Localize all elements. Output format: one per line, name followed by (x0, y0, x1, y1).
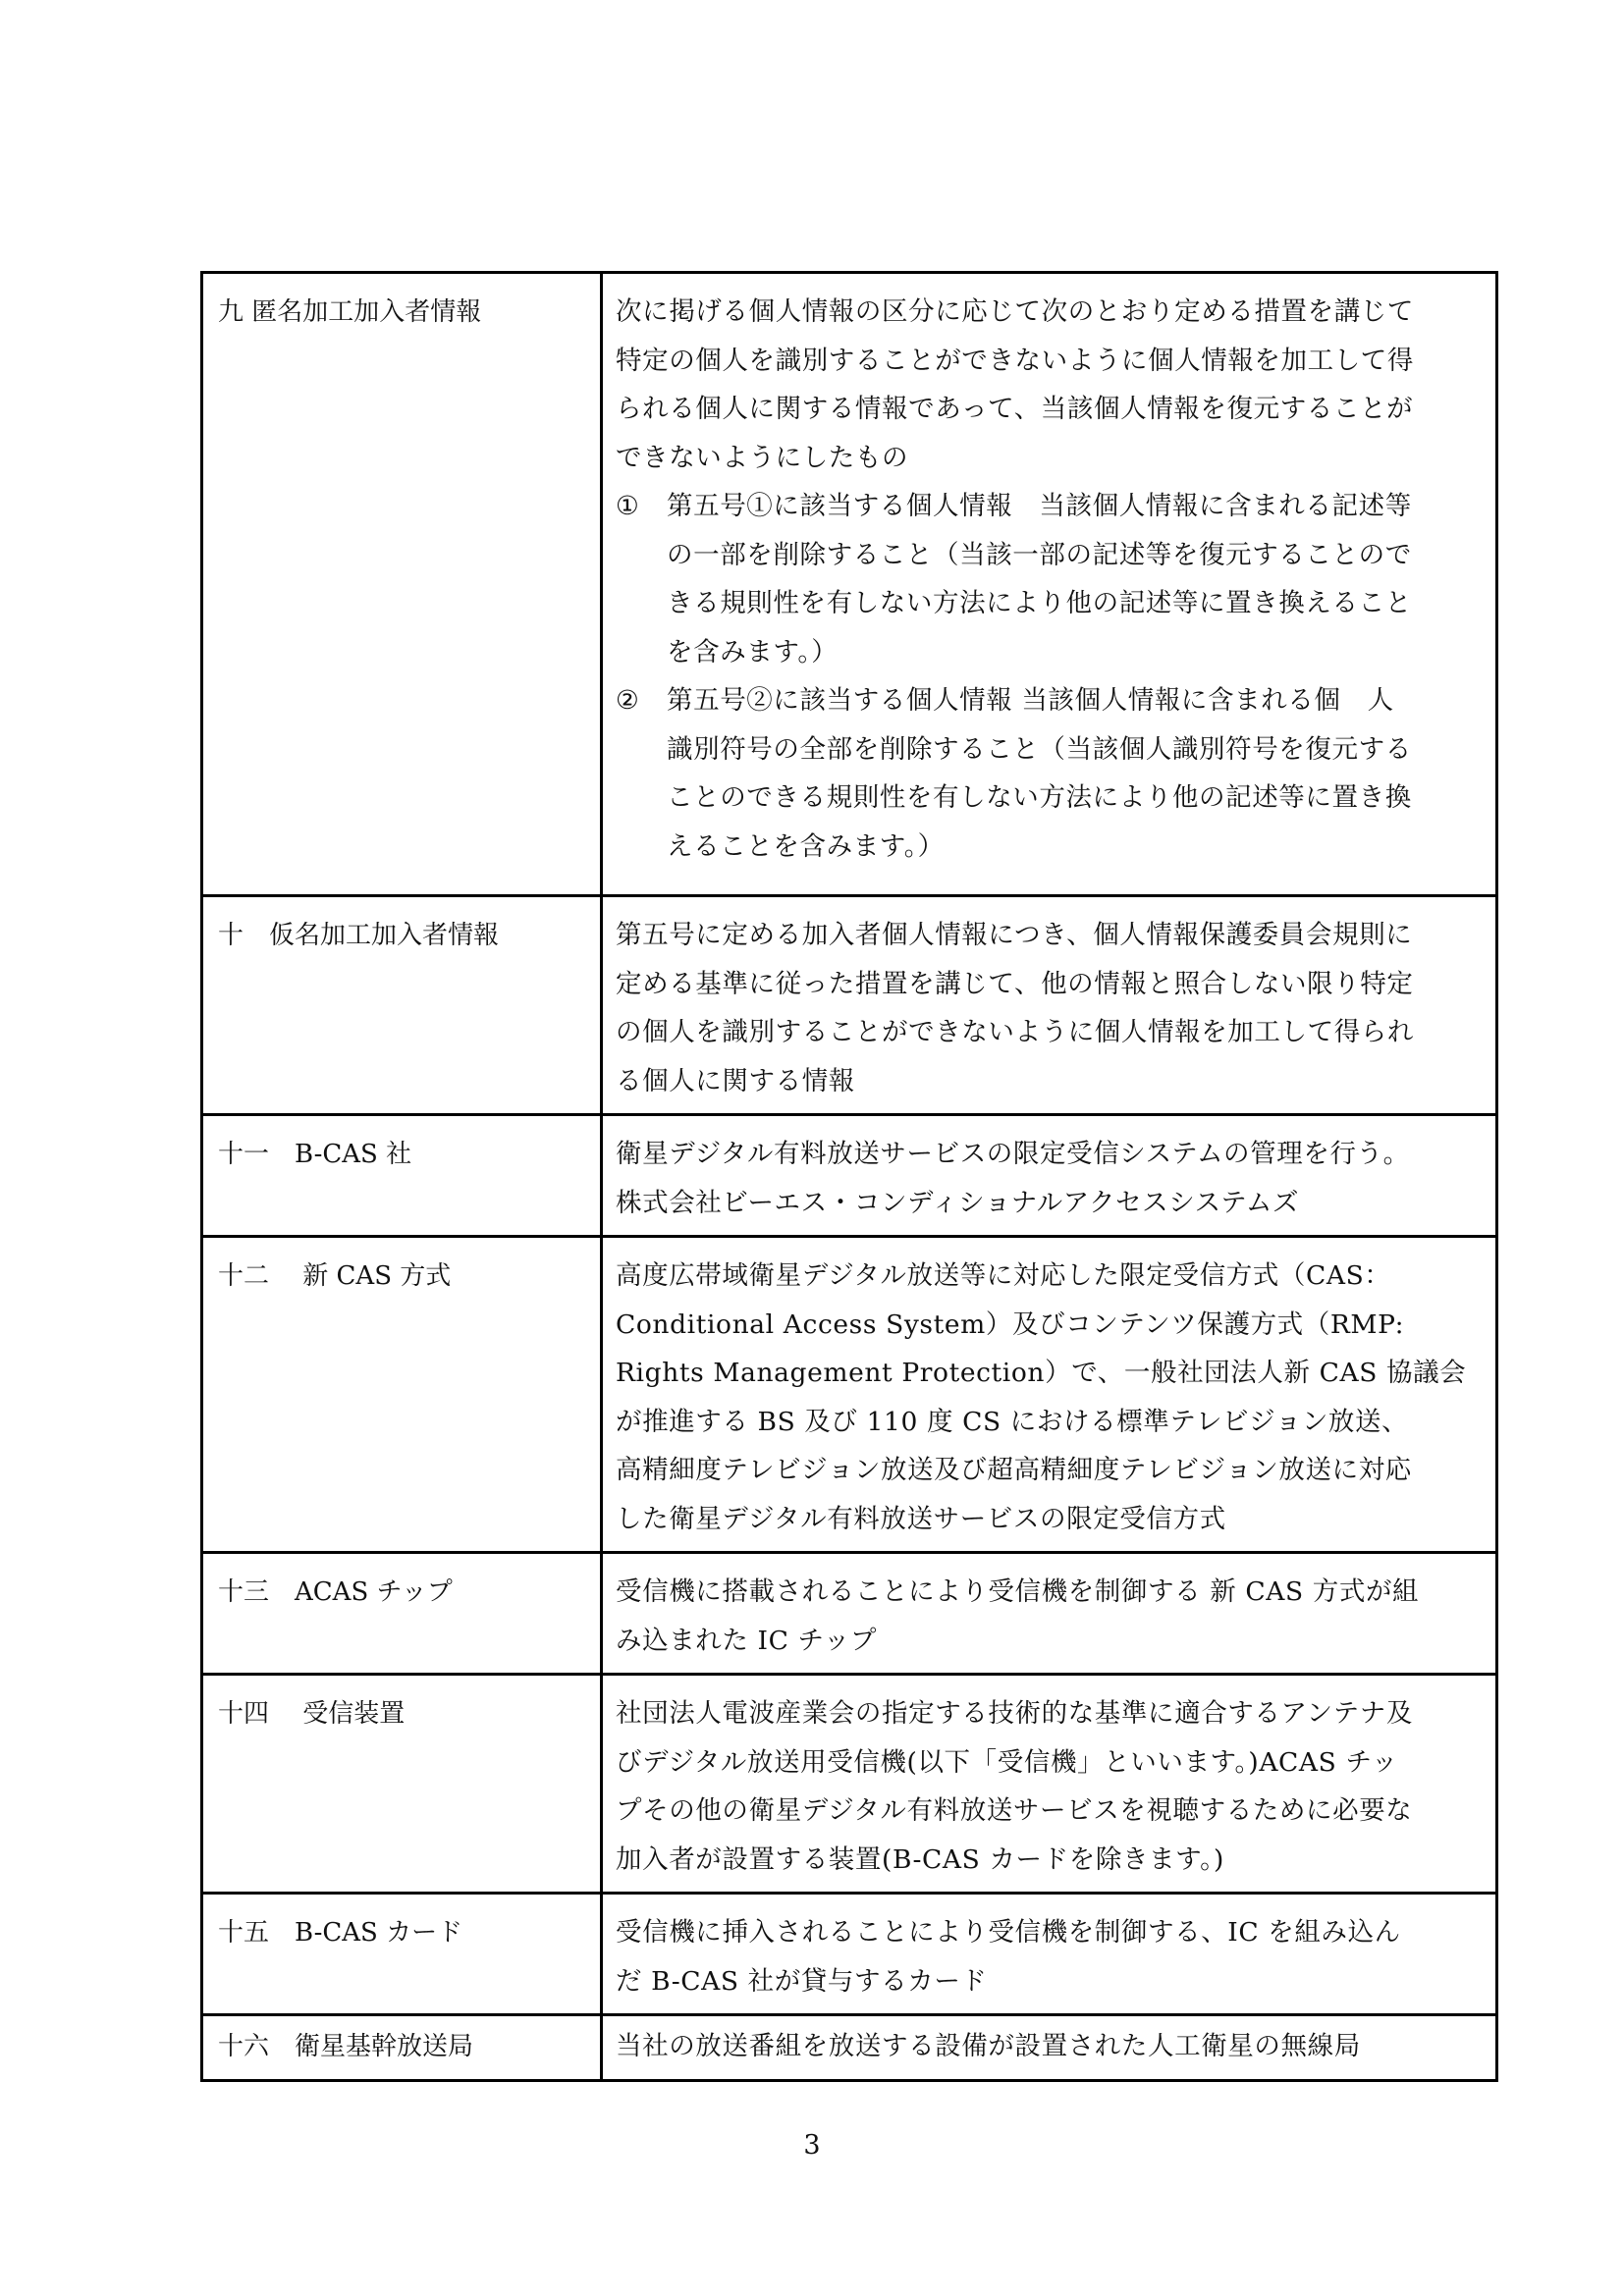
list-item-line: 第五号②に該当する個人情報 当該個人情報に含まれる個 人 (616, 676, 1486, 725)
term-label: 十四 受信装置 (203, 1676, 600, 1738)
term-label: 十三 ACAS チップ (203, 1554, 600, 1617)
description-cell: 受信機に挿入されることにより受信機を制御する、IC を組み込ん だ B-CAS … (602, 1894, 1497, 2015)
term-cell: 十一 B-CAS 社 (202, 1115, 602, 1237)
term-cell: 十三 ACAS チップ (202, 1553, 602, 1675)
description-cell: 受信機に搭載されることにより受信機を制御する 新 CAS 方式が組 み込まれた … (602, 1553, 1497, 1675)
description-line: 第五号に定める加入者個人情報につき、個人情報保護委員会規則に (616, 911, 1486, 960)
description-line: が推進する BS 及び 110 度 CS における標準テレビジョン放送、 (616, 1398, 1486, 1447)
description-cell: 高度広帯域衛星デジタル放送等に対応した限定受信方式（CAS： Condition… (602, 1237, 1497, 1553)
list-item-line: 識別符号の全部を削除すること（当該個人識別符号を復元する (616, 725, 1486, 774)
term-cell: 九 匿名加工加入者情報 (202, 273, 602, 896)
table-row: 十五 B-CAS カード 受信機に挿入されることにより受信機を制御する、IC を… (202, 1894, 1497, 2015)
list-item-line: の一部を削除すること（当該一部の記述等を復元することので (616, 531, 1486, 580)
description-line: の個人を識別することができないように個人情報を加工して得られ (616, 1008, 1486, 1057)
table-row: 十六 衛星基幹放送局 当社の放送番組を放送する設備が設置された人工衛星の無線局 (202, 2015, 1497, 2081)
term-label: 十二 新 CAS 方式 (203, 1238, 600, 1301)
term-cell: 十二 新 CAS 方式 (202, 1237, 602, 1553)
description-line: 社団法人電波産業会の指定する技術的な基準に適合するアンテナ及 (616, 1689, 1486, 1738)
description-line: 受信機に挿入されることにより受信機を制御する、IC を組み込ん (616, 1908, 1486, 1957)
description-line: Conditional Access System）及びコンテンツ保護方式（RM… (616, 1301, 1486, 1350)
term-label: 十一 B-CAS 社 (203, 1116, 600, 1179)
circled-number-marker: ② (616, 676, 639, 725)
description-line: Rights Management Protection）で、一般社団法人新 C… (616, 1349, 1486, 1398)
description-line: 特定の個人を識別することができないように個人情報を加工して得 (616, 337, 1486, 386)
description-line: した衛星デジタル有料放送サービスの限定受信方式 (616, 1495, 1486, 1544)
description-line: み込まれた IC チップ (616, 1617, 1486, 1666)
description-cell: 当社の放送番組を放送する設備が設置された人工衛星の無線局 (602, 2015, 1497, 2081)
list-item: ② 第五号②に該当する個人情報 当該個人情報に含まれる個 人 識別符号の全部を削… (616, 676, 1486, 871)
term-label: 十 仮名加工加入者情報 (203, 897, 600, 960)
description-line: 株式会社ビーエス・コンディショナルアクセスシステムズ (616, 1179, 1486, 1228)
table-row: 十四 受信装置 社団法人電波産業会の指定する技術的な基準に適合するアンテナ及 び… (202, 1675, 1497, 1894)
list-item-line: きる規則性を有しない方法により他の記述等に置き換えること (616, 579, 1486, 628)
list-item-line: ことのできる規則性を有しない方法により他の記述等に置き換 (616, 774, 1486, 823)
table-row: 十一 B-CAS 社 衛星デジタル有料放送サービスの限定受信システムの管理を行う… (202, 1115, 1497, 1237)
description-line: 高度広帯域衛星デジタル放送等に対応した限定受信方式（CAS： (616, 1252, 1486, 1301)
term-label: 十六 衛星基幹放送局 (203, 2016, 600, 2071)
description-line: 衛星デジタル有料放送サービスの限定受信システムの管理を行う。 (616, 1130, 1486, 1179)
description-line: プその他の衛星デジタル有料放送サービスを視聴するために必要な (616, 1787, 1486, 1836)
description-line: 当社の放送番組を放送する設備が設置された人工衛星の無線局 (616, 2022, 1486, 2071)
table-row: 十 仮名加工加入者情報 第五号に定める加入者個人情報につき、個人情報保護委員会規… (202, 896, 1497, 1115)
description-cell: 社団法人電波産業会の指定する技術的な基準に適合するアンテナ及 びデジタル放送用受… (602, 1675, 1497, 1894)
description-line: 定める基準に従った措置を講じて、他の情報と照合しない限り特定 (616, 960, 1486, 1009)
description-cell: 衛星デジタル有料放送サービスの限定受信システムの管理を行う。 株式会社ビーエス・… (602, 1115, 1497, 1237)
term-cell: 十四 受信装置 (202, 1675, 602, 1894)
term-cell: 十五 B-CAS カード (202, 1894, 602, 2015)
list-item-line: を含みます。） (616, 628, 1486, 677)
description-line: る個人に関する情報 (616, 1057, 1486, 1106)
description-line: びデジタル放送用受信機(以下「受信機」といいます。)ACAS チッ (616, 1738, 1486, 1788)
list-item-line: えることを含みます。） (616, 823, 1486, 872)
description-line: 受信機に搭載されることにより受信機を制御する 新 CAS 方式が組 (616, 1568, 1486, 1617)
list-item-line: 第五号①に該当する個人情報 当該個人情報に含まれる記述等 (616, 482, 1486, 531)
page-number: 3 (0, 2130, 1624, 2161)
description-line: られる個人に関する情報であって、当該個人情報を復元することが (616, 385, 1486, 434)
description-cell: 第五号に定める加入者個人情報につき、個人情報保護委員会規則に 定める基準に従った… (602, 896, 1497, 1115)
definitions-table: 九 匿名加工加入者情報 次に掲げる個人情報の区分に応じて次のとおり定める措置を講… (200, 271, 1498, 2082)
description-line: できないようにしたもの (616, 434, 1486, 483)
circled-number-marker: ① (616, 482, 639, 531)
term-cell: 十 仮名加工加入者情報 (202, 896, 602, 1115)
description-line: 高精細度テレビジョン放送及び超高精細度テレビジョン放送に対応 (616, 1446, 1486, 1495)
description-cell: 次に掲げる個人情報の区分に応じて次のとおり定める措置を講じて 特定の個人を識別す… (602, 273, 1497, 896)
description-line: 次に掲げる個人情報の区分に応じて次のとおり定める措置を講じて (616, 288, 1486, 337)
table-row: 九 匿名加工加入者情報 次に掲げる個人情報の区分に応じて次のとおり定める措置を講… (202, 273, 1497, 896)
list-item: ① 第五号①に該当する個人情報 当該個人情報に含まれる記述等 の一部を削除するこ… (616, 482, 1486, 676)
document-page: 九 匿名加工加入者情報 次に掲げる個人情報の区分に応じて次のとおり定める措置を講… (0, 0, 1624, 2296)
description-line: 加入者が設置する装置(B-CAS カードを除きます。) (616, 1836, 1486, 1885)
table-row: 十二 新 CAS 方式 高度広帯域衛星デジタル放送等に対応した限定受信方式（CA… (202, 1237, 1497, 1553)
table-row: 十三 ACAS チップ 受信機に搭載されることにより受信機を制御する 新 CAS… (202, 1553, 1497, 1675)
term-cell: 十六 衛星基幹放送局 (202, 2015, 602, 2081)
term-label: 十五 B-CAS カード (203, 1895, 600, 1957)
description-line: だ B-CAS 社が貸与するカード (616, 1957, 1486, 2006)
term-label: 九 匿名加工加入者情報 (203, 274, 600, 337)
